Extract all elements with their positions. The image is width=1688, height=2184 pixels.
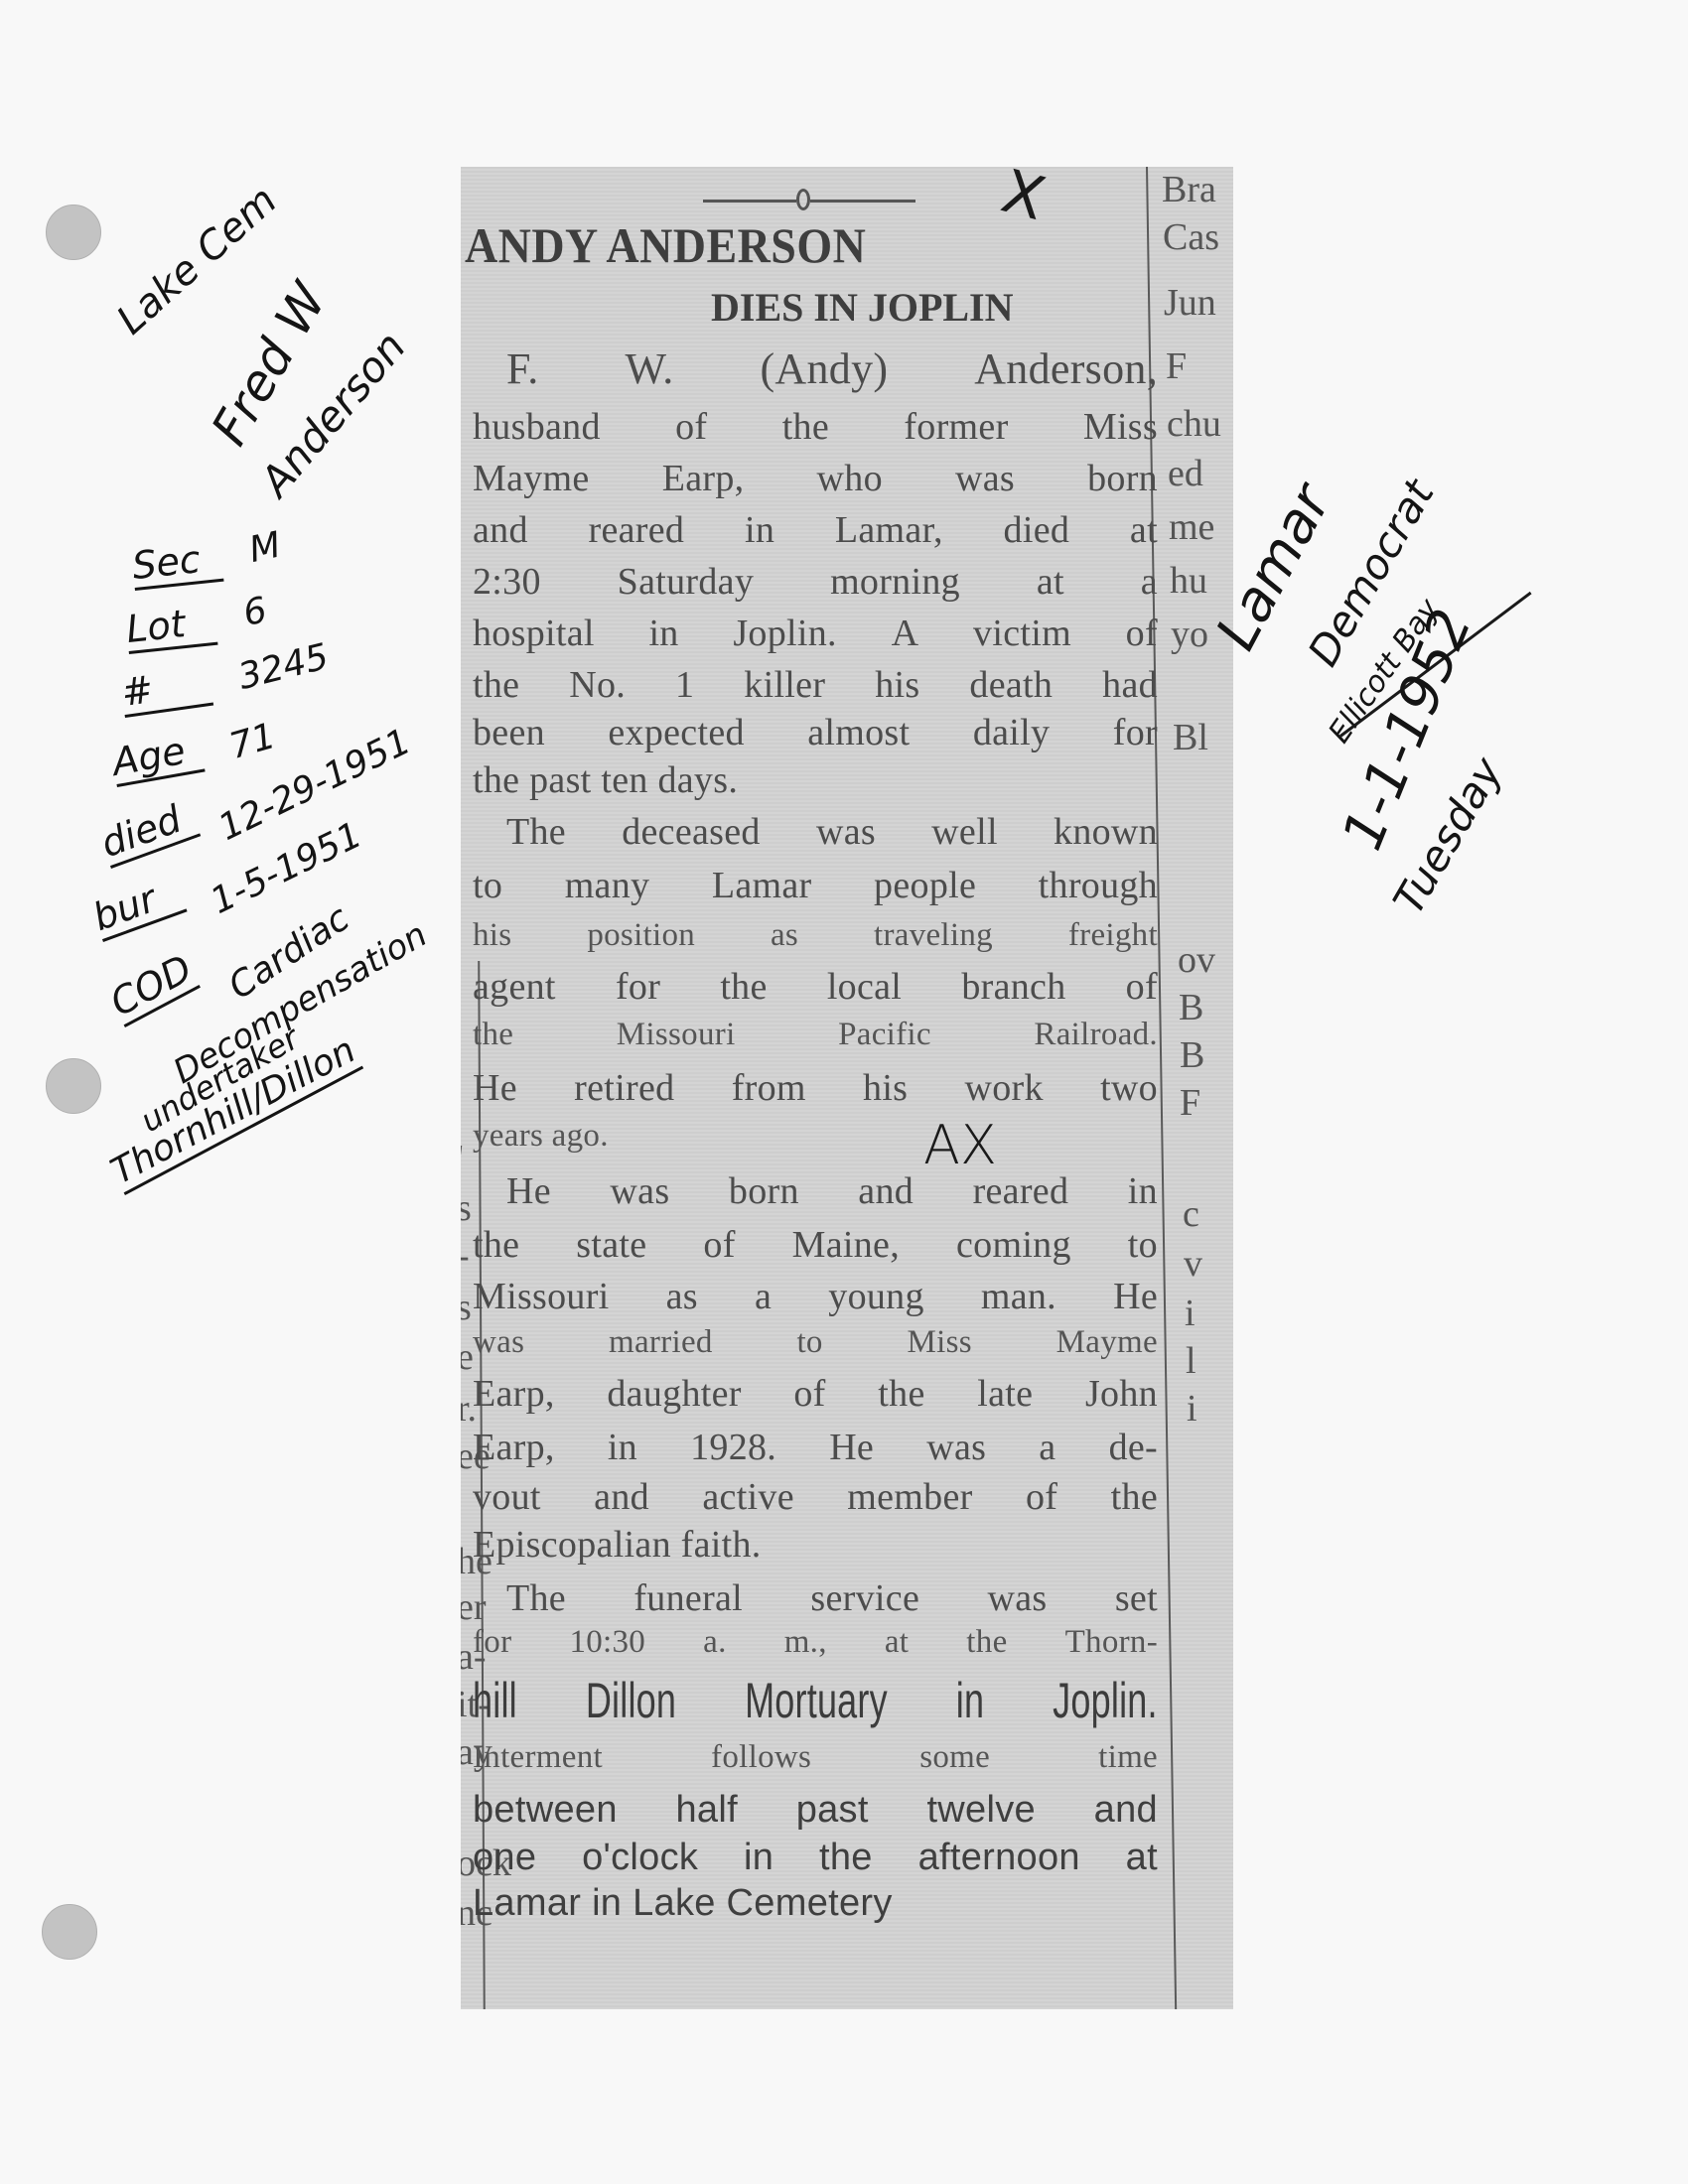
word: was [955,457,1015,500]
word: Pacific [838,1017,931,1053]
word: man. [981,1275,1056,1318]
word: daily [973,711,1050,754]
word: Thorn- [1065,1624,1158,1661]
word: a [1039,1426,1055,1469]
word: in [1128,1169,1158,1213]
word: died [1004,508,1070,552]
fragment-text: Cas [1163,218,1219,256]
word: Dillon [586,1672,676,1729]
word: from [732,1066,806,1110]
word: for [473,1624,511,1661]
fragment-text: ov [1178,941,1215,979]
word: the [473,663,519,707]
word: Earp, [473,1372,555,1416]
word: a [755,1275,772,1318]
fragment-text: l [1186,1342,1196,1380]
word: at [1130,508,1158,552]
fragment-text: c [1183,1195,1199,1233]
word: of [1126,965,1158,1009]
word: The [506,810,566,854]
word: the [473,1223,519,1267]
word: branch [961,965,1065,1009]
word: well [931,810,998,854]
word: John [1085,1372,1158,1416]
word: expected [608,711,744,754]
word: hospital [473,612,595,655]
word: service [810,1576,919,1620]
word: some [919,1739,990,1776]
word: of [1126,612,1158,655]
word: He [473,1066,517,1110]
word: daughter [607,1372,741,1416]
word: of [793,1372,825,1416]
word: and [858,1169,914,1213]
fragment-text: s [461,1189,472,1227]
field-value-age: 71 [225,716,280,767]
text-line: wasmarriedtoMissMayme [473,1324,1158,1361]
word: years ago. [473,1118,609,1155]
field-label-age: Age [109,726,206,787]
word: in [745,508,774,552]
word: was [816,810,876,854]
word: of [703,1223,735,1267]
word: position [587,917,695,954]
word: victim [973,612,1071,655]
fragment-text: Jun [1164,284,1216,322]
word: 10:30 [569,1624,645,1661]
word: local [827,965,902,1009]
word: had [1102,663,1158,707]
word: hill [473,1672,517,1729]
word: 2:30 [473,560,541,604]
word: the [819,1837,873,1879]
word: young [828,1275,924,1318]
word: killer [744,663,825,707]
word: to [1128,1223,1158,1267]
word: the [878,1372,924,1416]
word: active [702,1475,794,1519]
text-line: betweenhalfpasttwelveand [473,1789,1158,1832]
text-line: years ago. [473,1118,1158,1155]
word: former [904,405,1008,449]
text-line: hispositionastravelingfreight [473,917,1158,954]
word: in [744,1837,774,1879]
text-line: beenexpectedalmostdailyfor [473,711,1158,754]
word: Lamar, [835,508,943,552]
headline: ANDY ANDERSON [465,216,866,274]
word: been [473,711,545,754]
ornament-divider [703,189,915,208]
word: for [616,965,660,1009]
word: almost [807,711,910,754]
word: de- [1109,1426,1158,1469]
word: Lamar in Lake Cemetery [473,1882,893,1925]
text-line: Thedeceasedwaswellknown [473,810,1158,854]
text-line: Thefuneralservicewasset [473,1576,1158,1620]
word: late [977,1372,1033,1416]
word: retired [574,1066,674,1110]
word: Railroad. [1034,1017,1158,1053]
word: and [1094,1789,1158,1832]
word: people [874,864,976,907]
fragment-text: Bra [1162,171,1216,208]
word: state [576,1223,646,1267]
word: Joplin. [1053,1672,1158,1729]
field-label-died: died [95,792,201,869]
word: Missouri [617,1017,736,1053]
fragment-text: yo [1171,615,1208,653]
word: Miss [907,1324,971,1361]
word: the [782,405,829,449]
word: Missouri [473,1275,610,1318]
word: W. [625,343,673,394]
check-mark-middle: AX [923,1114,997,1176]
word: who [817,457,883,500]
fragment-text: e [461,1338,474,1376]
word: agent [473,965,556,1009]
word: and [473,508,528,552]
fragment-text: B [1180,1036,1204,1074]
word: F. [506,343,539,394]
word: vout [473,1475,541,1519]
word: coming [956,1223,1071,1267]
word: through [1039,864,1158,907]
word: member [847,1475,972,1519]
word: was [987,1576,1047,1620]
word: between [473,1789,618,1832]
word: Joplin. [733,612,837,655]
field-label-number: # [118,659,213,718]
word: as [666,1275,698,1318]
fragment-text: ' [461,1140,464,1177]
word: was [610,1169,669,1213]
word: He [829,1426,874,1469]
text-line: 2:30Saturdaymorningata [473,560,1158,604]
word: Saturday [618,560,754,604]
word: m., [784,1624,827,1661]
text-line: hospitalinJoplin.Avictimof [473,612,1158,655]
fragment-text: i [1187,1390,1197,1428]
fragment-text: F [1166,347,1187,385]
word: to [473,864,502,907]
word: Anderson, [974,343,1158,394]
word: 1928. [690,1426,776,1469]
text-line: andrearedinLamar,diedat [473,508,1158,552]
word: Earp, [662,457,745,500]
text-line: Heretiredfromhisworktwo [473,1066,1158,1110]
word: for [1113,711,1158,754]
word: funeral [633,1576,743,1620]
word: at [1126,1837,1158,1879]
word: 1 [675,663,694,707]
fragment-text: Bl [1173,719,1208,756]
word: in [608,1426,637,1469]
word: the past ten days. [473,758,738,802]
word: time [1098,1739,1158,1776]
word: past [796,1789,869,1832]
word: The [506,1576,566,1620]
word: was [473,1324,524,1361]
word: set [1115,1576,1158,1620]
punch-hole-top [46,205,101,260]
word: morning [830,560,960,604]
field-label-cod: COD [103,946,201,1027]
word: was [926,1426,986,1469]
fragment-text: F [1180,1084,1200,1122]
word: married [609,1324,713,1361]
text-line: theMissouriPacificRailroad. [473,1017,1158,1053]
text-line: oneo'clockintheafternoonat [473,1837,1158,1879]
text-line: theNo.1killerhisdeathhad [473,663,1158,707]
fragment-text: me [1169,508,1214,546]
word: born [729,1169,799,1213]
word: at [1037,560,1064,604]
word: two [1100,1066,1158,1110]
text-line: Lamar in Lake Cemetery [473,1882,1158,1925]
word: Mayme [1056,1324,1158,1361]
fragment-text: s [461,1289,472,1326]
word: many [565,864,650,907]
newspaper-clipping: 's-ser.eeheera-it-ayocknc BraCasJunFchue… [461,167,1233,2009]
field-value-lot: 6 [239,590,270,634]
word: No. [569,663,626,707]
fragment-text: - [461,1237,470,1275]
word: the [966,1624,1007,1661]
text-line: for10:30a.m.,attheThorn- [473,1624,1158,1661]
word: the [720,965,767,1009]
text-line: hillDillonMortuaryinJoplin. [473,1672,1158,1729]
text-line: voutandactivememberofthe [473,1475,1158,1519]
word: a [1141,560,1158,604]
text-line: MaymeEarp,whowasborn [473,457,1158,500]
word: twelve [926,1789,1036,1832]
word: of [1026,1475,1057,1519]
word: Mortuary [745,1672,888,1729]
word: Maine, [792,1223,900,1267]
word: in [648,612,678,655]
word: A [892,612,919,655]
field-label-lot: Lot [124,599,217,654]
word: afternoon [918,1837,1080,1879]
word: one [473,1837,536,1879]
text-line: agentforthelocalbranchof [473,965,1158,1009]
fragment-text: i [1185,1295,1196,1332]
word: to [796,1324,822,1361]
word: work [965,1066,1044,1110]
word: his [863,1066,908,1110]
punch-hole-middle [46,1058,101,1114]
word: deceased [622,810,761,854]
word: the [1111,1475,1158,1519]
word: known [1054,810,1158,854]
word: husband [473,405,601,449]
fragment-text: hu [1170,562,1207,600]
word: Earp, [473,1426,555,1469]
word: half [676,1789,738,1832]
word: in [956,1672,984,1729]
text-line: Earp,in1928.Hewasade- [473,1426,1158,1469]
subheadline: DIES IN JOPLIN [711,284,1014,331]
word: Interment [473,1739,603,1776]
text-line: the past ten days. [473,758,1158,802]
word: his [473,917,511,954]
word: He [506,1169,551,1213]
word: Miss [1083,405,1158,449]
fragment-text: B [1179,989,1203,1026]
word: reared [589,508,685,552]
field-value-number: 3245 [234,636,333,698]
word: death [969,663,1053,707]
field-label-bur: bur [87,868,188,942]
punch-hole-bottom [42,1904,97,1960]
text-line: Missouriasayoungman.He [473,1275,1158,1318]
cemetery-note: Lake Cem [108,178,286,343]
word: follows [711,1739,811,1776]
word: (Andy) [760,343,888,394]
fragment-text: v [1184,1245,1202,1283]
word: Episcopalian faith. [473,1523,762,1567]
word: the [473,1017,513,1053]
fragment-text: chu [1167,405,1221,443]
text-line: Hewasbornandrearedin [473,1169,1158,1213]
word: as [771,917,798,954]
text-line: Episcopalian faith. [473,1523,1158,1567]
word: Mayme [473,457,590,500]
text-line: tomanyLamarpeoplethrough [473,864,1158,907]
text-line: Earp,daughterofthelateJohn [473,1372,1158,1416]
fragment-text: ed [1168,455,1203,492]
word: Lamar [712,864,812,907]
word: He [1113,1275,1158,1318]
word: born [1087,457,1158,500]
field-value-sec: M [245,524,284,571]
word: o'clock [582,1837,698,1879]
word: at [885,1624,909,1661]
word: of [675,405,707,449]
text-line: husbandoftheformerMiss [473,405,1158,449]
word: his [875,663,919,707]
word: traveling [874,917,993,954]
word: freight [1068,917,1158,954]
field-label-sec: Sec [130,535,223,591]
text-line: Intermentfollowssometime [473,1739,1158,1776]
text-line: F.W.(Andy)Anderson, [473,343,1158,394]
text-line: thestateofMaine,comingto [473,1223,1158,1267]
word: and [594,1475,649,1519]
word: a. [703,1624,727,1661]
